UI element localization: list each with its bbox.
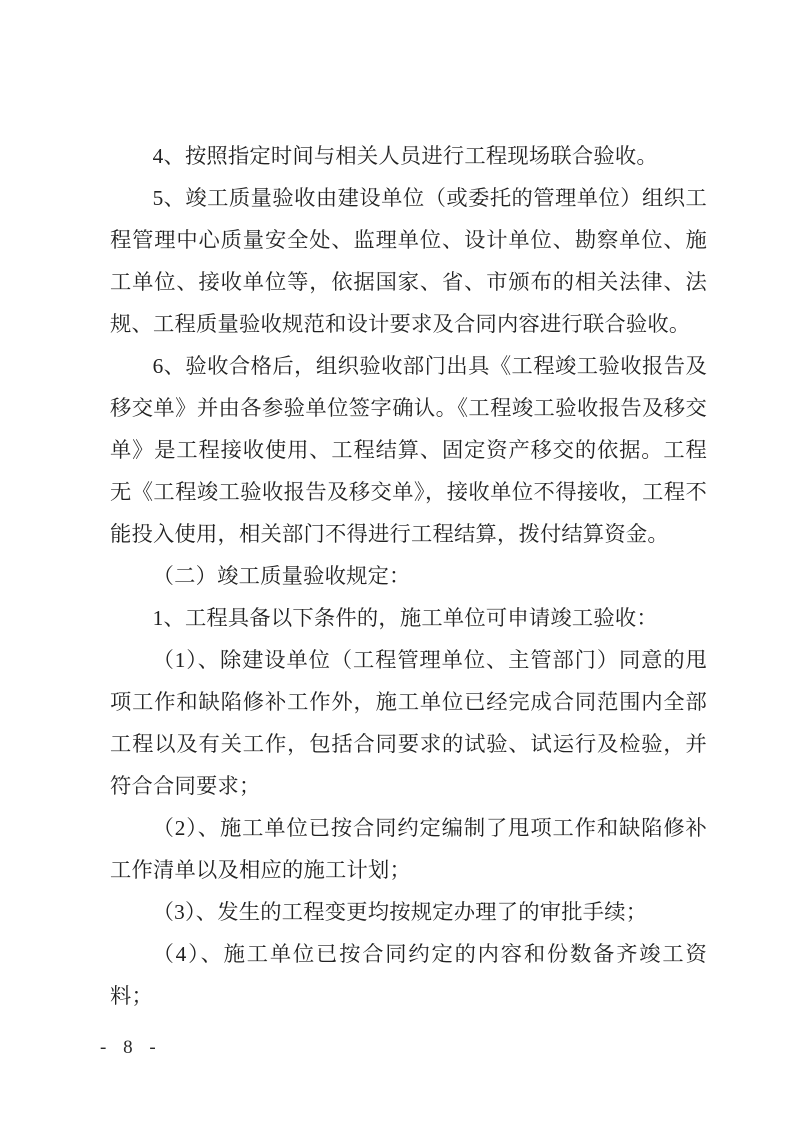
document-body: 4、按照指定时间与相关人员进行工程现场联合验收。 5、竣工质量验收由建设单位（或… — [110, 135, 707, 1017]
paragraph-clause-5: 5、竣工质量验收由建设单位（或委托的管理单位）组织工程管理中心质量安全处、监理单… — [110, 177, 707, 345]
paragraph-item-1: 1、工程具备以下条件的，施工单位可申请竣工验收： — [110, 597, 707, 639]
paragraph-subitem-2: （2）、施工单位已按合同约定编制了甩项工作和缺陷修补工作清单以及相应的施工计划； — [110, 807, 707, 891]
page-number: - 8 - — [100, 1036, 162, 1060]
paragraph-subitem-1: （1）、除建设单位（工程管理单位、主管部门）同意的甩项工作和缺陷修补工作外，施工… — [110, 639, 707, 807]
paragraph-subitem-4: （4）、施工单位已按合同约定的内容和份数备齐竣工资料； — [110, 933, 707, 1017]
document-page: 4、按照指定时间与相关人员进行工程现场联合验收。 5、竣工质量验收由建设单位（或… — [0, 0, 800, 1131]
paragraph-clause-6: 6、验收合格后，组织验收部门出具《工程竣工验收报告及移交单》并由各参验单位签字确… — [110, 345, 707, 555]
paragraph-subitem-3: （3）、发生的工程变更均按规定办理了的审批手续； — [110, 891, 707, 933]
paragraph-clause-4: 4、按照指定时间与相关人员进行工程现场联合验收。 — [110, 135, 707, 177]
paragraph-section-heading: （二）竣工质量验收规定： — [110, 555, 707, 597]
